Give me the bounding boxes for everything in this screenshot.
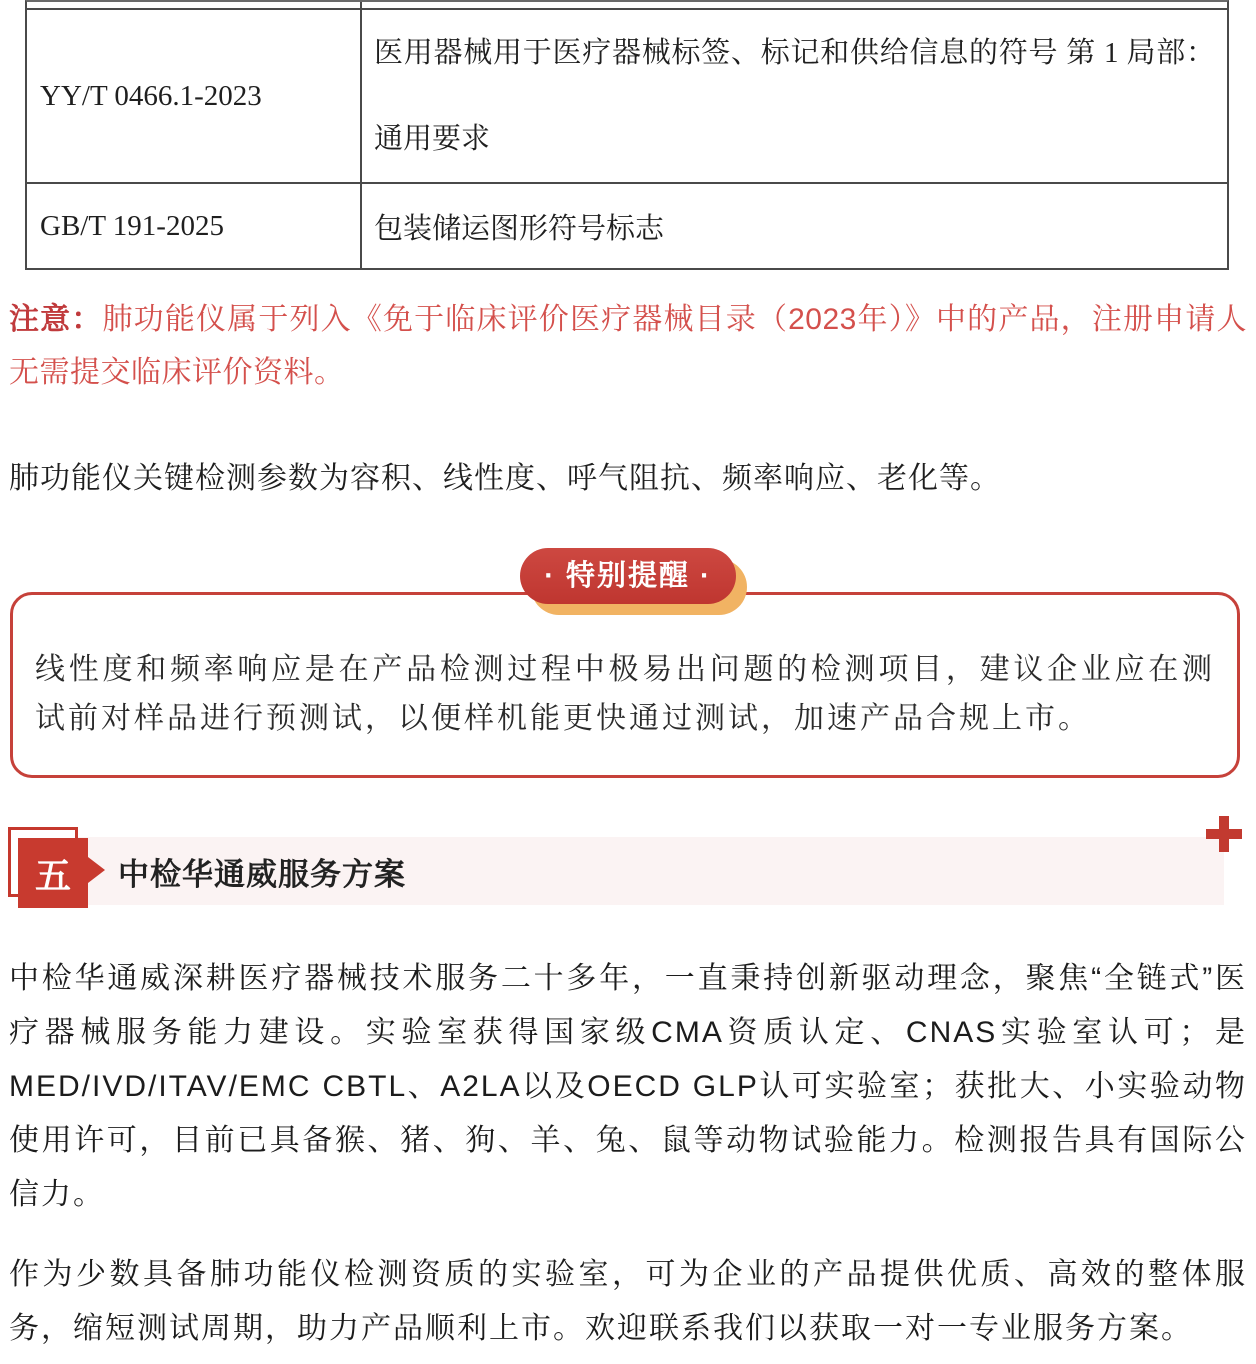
note-text: 肺功能仪属于列入《免于临床评价医疗器械目录（2023年）》中的产品，注册申请人无… bbox=[9, 303, 1247, 389]
table-row: YY/T 0466.1-2023 医用器械用于医疗器械标签、标记和供给信息的符号… bbox=[27, 10, 1227, 184]
std-desc-cell bbox=[362, 2, 1227, 8]
std-code-cell bbox=[27, 2, 362, 8]
key-params-paragraph: 肺功能仪关键检测参数为容积、线性度、呼气阻抗、频率响应、老化等。 bbox=[9, 452, 1247, 505]
note-label: 注意： bbox=[9, 303, 103, 336]
std-code: GB/T 191-2025 bbox=[40, 210, 224, 243]
std-code-cell: YY/T 0466.1-2023 bbox=[27, 10, 362, 182]
note-paragraph: 注意：肺功能仪属于列入《免于临床评价医疗器械目录（2023年）》中的产品，注册申… bbox=[9, 293, 1247, 399]
plus-icon bbox=[1206, 816, 1242, 852]
std-code-cell: GB/T 191-2025 bbox=[27, 184, 362, 268]
section-number-badge: 五 bbox=[18, 838, 88, 908]
section-number: 五 bbox=[35, 848, 71, 899]
special-reminder-badge: · 特别提醒 · bbox=[520, 548, 735, 604]
badge-label: · 特别提醒 · bbox=[520, 548, 735, 604]
reminder-box: 线性度和频率响应是在产品检测过程中极易出问题的检测项目，建议企业应在测试前对样品… bbox=[10, 592, 1240, 778]
std-desc-cell: 医用器械用于医疗器械标签、标记和供给信息的符号 第 1 局部：通用要求 bbox=[362, 10, 1227, 182]
table-row: GB/T 191-2025 包装储运图形符号标志 bbox=[27, 184, 1227, 270]
special-reminder-badge-row: · 特别提醒 · bbox=[0, 548, 1256, 604]
std-desc: 包装储运图形符号标志 bbox=[374, 206, 664, 247]
table-row-partial bbox=[27, 2, 1227, 10]
reminder-text: 线性度和频率响应是在产品检测过程中极易出问题的检测项目，建议企业应在测试前对样品… bbox=[13, 595, 1237, 743]
service-offer-paragraph: 作为少数具备肺功能仪检测资质的实验室，可为企业的产品提供优质、高效的整体服务，缩… bbox=[9, 1248, 1247, 1356]
arrow-right-icon bbox=[88, 857, 105, 883]
service-intro-paragraph: 中检华通威深耕医疗器械技术服务二十多年，一直秉持创新驱动理念，聚焦“全链式”医疗… bbox=[9, 952, 1247, 1222]
std-desc-cell: 包装储运图形符号标志 bbox=[362, 184, 1227, 268]
standards-table: YY/T 0466.1-2023 医用器械用于医疗器械标签、标记和供给信息的符号… bbox=[25, 0, 1229, 270]
std-desc: 医用器械用于医疗器械标签、标记和供给信息的符号 第 1 局部：通用要求 bbox=[374, 10, 1215, 182]
std-code: YY/T 0466.1-2023 bbox=[40, 80, 262, 113]
article-page: YY/T 0466.1-2023 医用器械用于医疗器械标签、标记和供给信息的符号… bbox=[0, 0, 1256, 1364]
section-title: 中检华通威服务方案 bbox=[118, 837, 406, 905]
